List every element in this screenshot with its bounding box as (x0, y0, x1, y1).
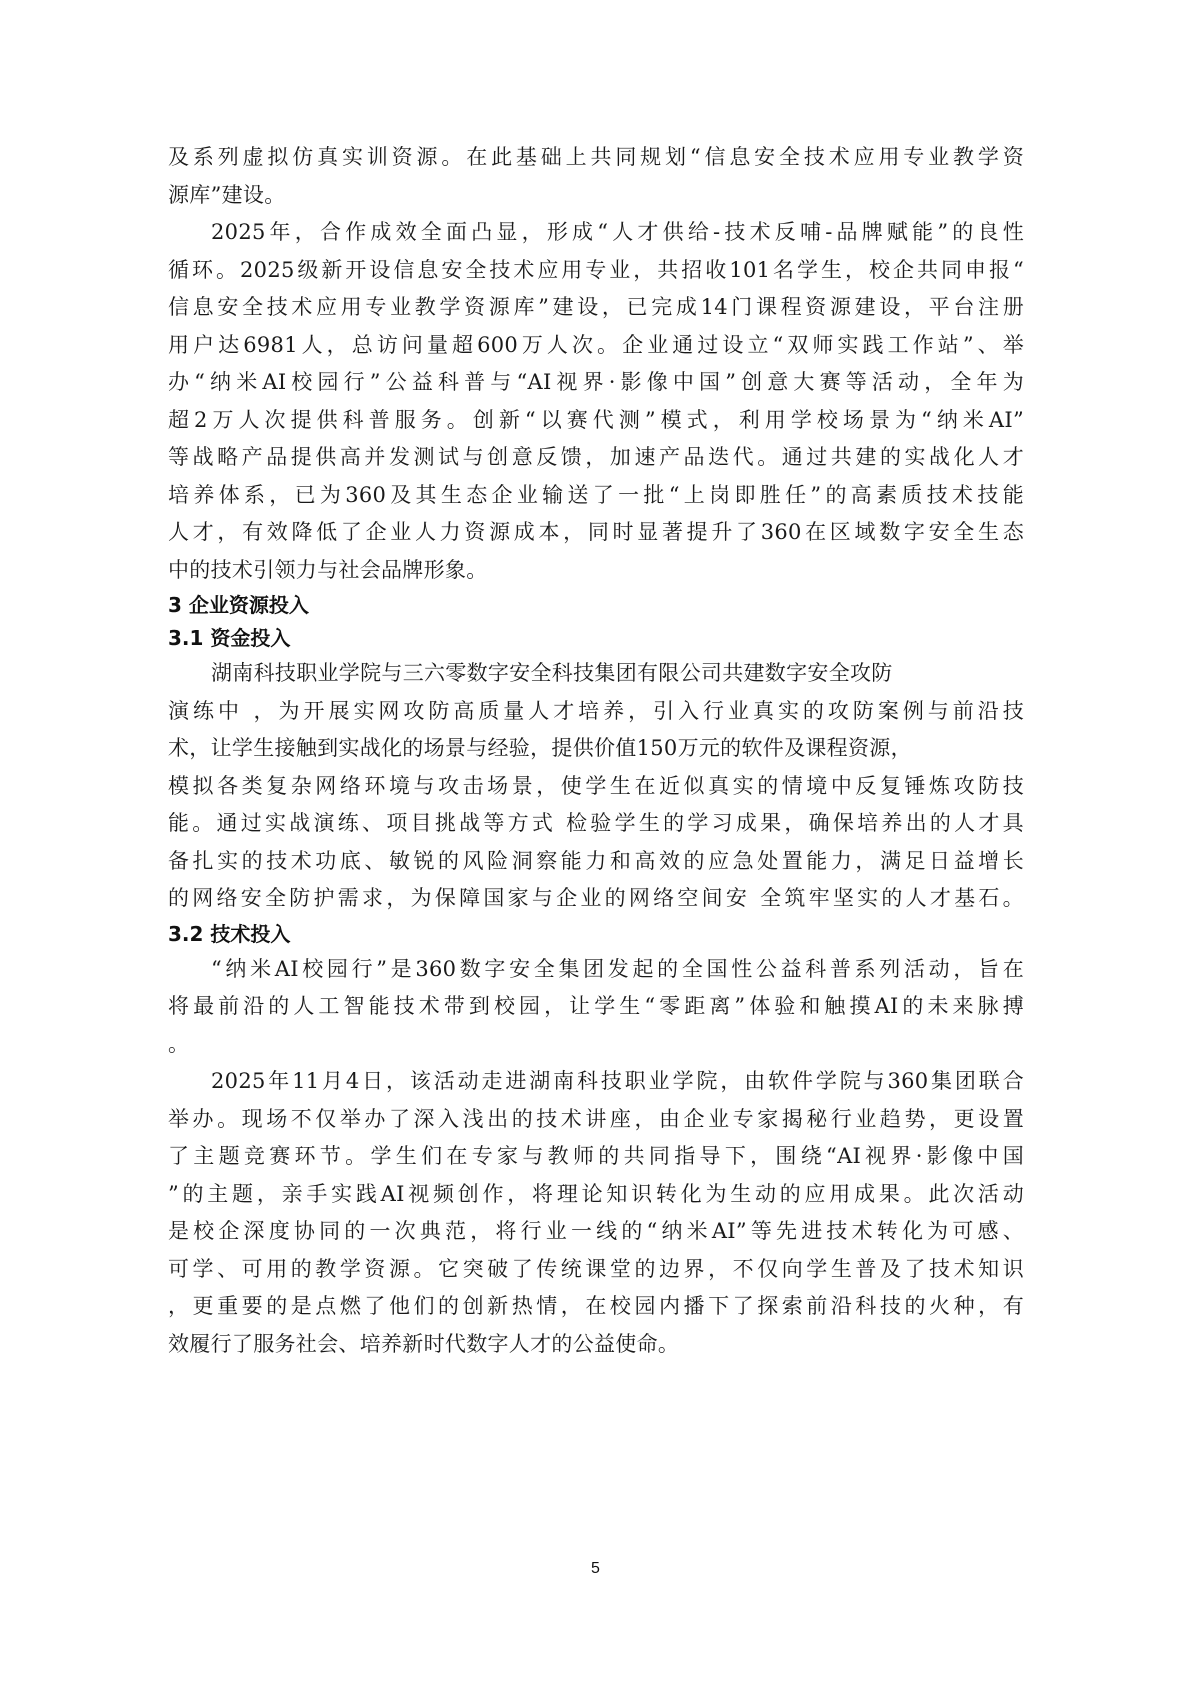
paragraph-funding: 湖南科技职业学院与三六零数字安全科技集团有限公司共建数字安全攻防 演练中 ，为开… (168, 655, 1024, 918)
text-line: 中的技术引领力与社会品牌形象。 (168, 552, 1024, 590)
text-line: 2025年，合作成效全面凸显，形成“人才供给-技术反哺-品牌赋能”的良性 (168, 214, 1024, 252)
text-line: ，更重要的是点燃了他们的创新热情，在校园内播下了探索前沿科技的火种，有 (168, 1288, 1024, 1326)
text-line: 备扎实的技术功底、敏锐的风险洞察能力和高效的应急处置能力，满足日益增长 (168, 843, 1024, 881)
text-line: 源库”建设。 (168, 177, 1024, 215)
text-line: 举办。现场不仅举办了深入浅出的技术讲座，由企业专家揭秘行业趋势，更设置 (168, 1101, 1024, 1139)
section-heading-3: 3 企业资源投入 (168, 589, 1024, 622)
text-line: 了主题竞赛环节。学生们在专家与教师的共同指导下，围绕“AI视界·影像中国 (168, 1138, 1024, 1176)
text-line: 术，让学生接触到实战化的场景与经验，提供价值150万元的软件及课程资源， (168, 730, 1024, 768)
text-line: 效履行了服务社会、培养新时代数字人才的公益使命。 (168, 1326, 1024, 1364)
section-heading-3-1: 3.1 资金投入 (168, 622, 1024, 655)
text-line: 人才，有效降低了企业人力资源成本，同时显著提升了360在区域数字安全生态 (168, 514, 1024, 552)
text-line: ”的主题，亲手实践AI视频创作，将理论知识转化为生动的应用成果。此次活动 (168, 1176, 1024, 1214)
section-heading-3-2: 3.2 技术投入 (168, 918, 1024, 951)
text-line: 湖南科技职业学院与三六零数字安全科技集团有限公司共建数字安全攻防 (168, 655, 1024, 693)
text-line: 培养体系，已为360及其生态企业输送了一批“上岗即胜任”的高素质技术技能 (168, 477, 1024, 515)
text-line: 循环。2025级新开设信息安全技术应用专业，共招收101名学生，校企共同申报“ (168, 252, 1024, 290)
text-line: 超2万人次提供科普服务。创新“以赛代测”模式，利用学校场景为“纳米AI” (168, 402, 1024, 440)
paragraph-event-nov-4: 2025年11月4日，该活动走进湖南科技职业学院，由软件学院与360集团联合 举… (168, 1063, 1024, 1363)
text-line: 可学、可用的教学资源。它突破了传统课堂的边界，不仅向学生普及了技术知识 (168, 1251, 1024, 1289)
text-line: 能。通过实战演练、项目挑战等方式 检验学生的学习成果，确保培养出的人才具 (168, 805, 1024, 843)
text-line: 信息安全技术应用专业教学资源库”建设，已完成14门课程资源建设，平台注册 (168, 289, 1024, 327)
text-line: 办“纳米AI校园行”公益科普与“AI视界·影像中国”创意大赛等活动，全年为 (168, 364, 1024, 402)
document-page: 及系列虚拟仿真实训资源。在此基础上共同规划“信息安全技术应用专业教学资 源库”建… (168, 139, 1024, 1363)
text-line: 2025年11月4日，该活动走进湖南科技职业学院，由软件学院与360集团联合 (168, 1063, 1024, 1101)
text-line: 用户达6981人，总访问量超600万人次。企业通过设立“双师实践工作站”、举 (168, 327, 1024, 365)
page-number: 5 (0, 1560, 1191, 1578)
text-line: 及系列虚拟仿真实训资源。在此基础上共同规划“信息安全技术应用专业教学资 (168, 139, 1024, 177)
text-line: 等战略产品提供高并发测试与创意反馈，加速产品迭代。通过共建的实战化人才 (168, 439, 1024, 477)
text-line: “纳米AI校园行”是360数字安全集团发起的全国性公益科普系列活动，旨在 (168, 951, 1024, 989)
text-line: 演练中 ，为开展实网攻防高质量人才培养，引入行业真实的攻防案例与前沿技 (168, 693, 1024, 731)
text-line: 是校企深度协同的一次典范，将行业一线的“纳米AI”等先进技术转化为可感、 (168, 1213, 1024, 1251)
text-line: 将最前沿的人工智能技术带到校园，让学生“零距离”体验和触摸AI的未来脉搏 (168, 988, 1024, 1026)
paragraph-2025-results: 2025年，合作成效全面凸显，形成“人才供给-技术反哺-品牌赋能”的良性 循环。… (168, 214, 1024, 589)
paragraph-continuation: 及系列虚拟仿真实训资源。在此基础上共同规划“信息安全技术应用专业教学资 源库”建… (168, 139, 1024, 214)
text-line: 。 (168, 1026, 1024, 1064)
paragraph-nano-ai-campus: “纳米AI校园行”是360数字安全集团发起的全国性公益科普系列活动，旨在 将最前… (168, 951, 1024, 1064)
text-line: 的网络安全防护需求，为保障国家与企业的网络空间安 全筑牢坚实的人才基石。 (168, 880, 1024, 918)
text-line: 模拟各类复杂网络环境与攻击场景，使学生在近似真实的情境中反复锤炼攻防技 (168, 768, 1024, 806)
